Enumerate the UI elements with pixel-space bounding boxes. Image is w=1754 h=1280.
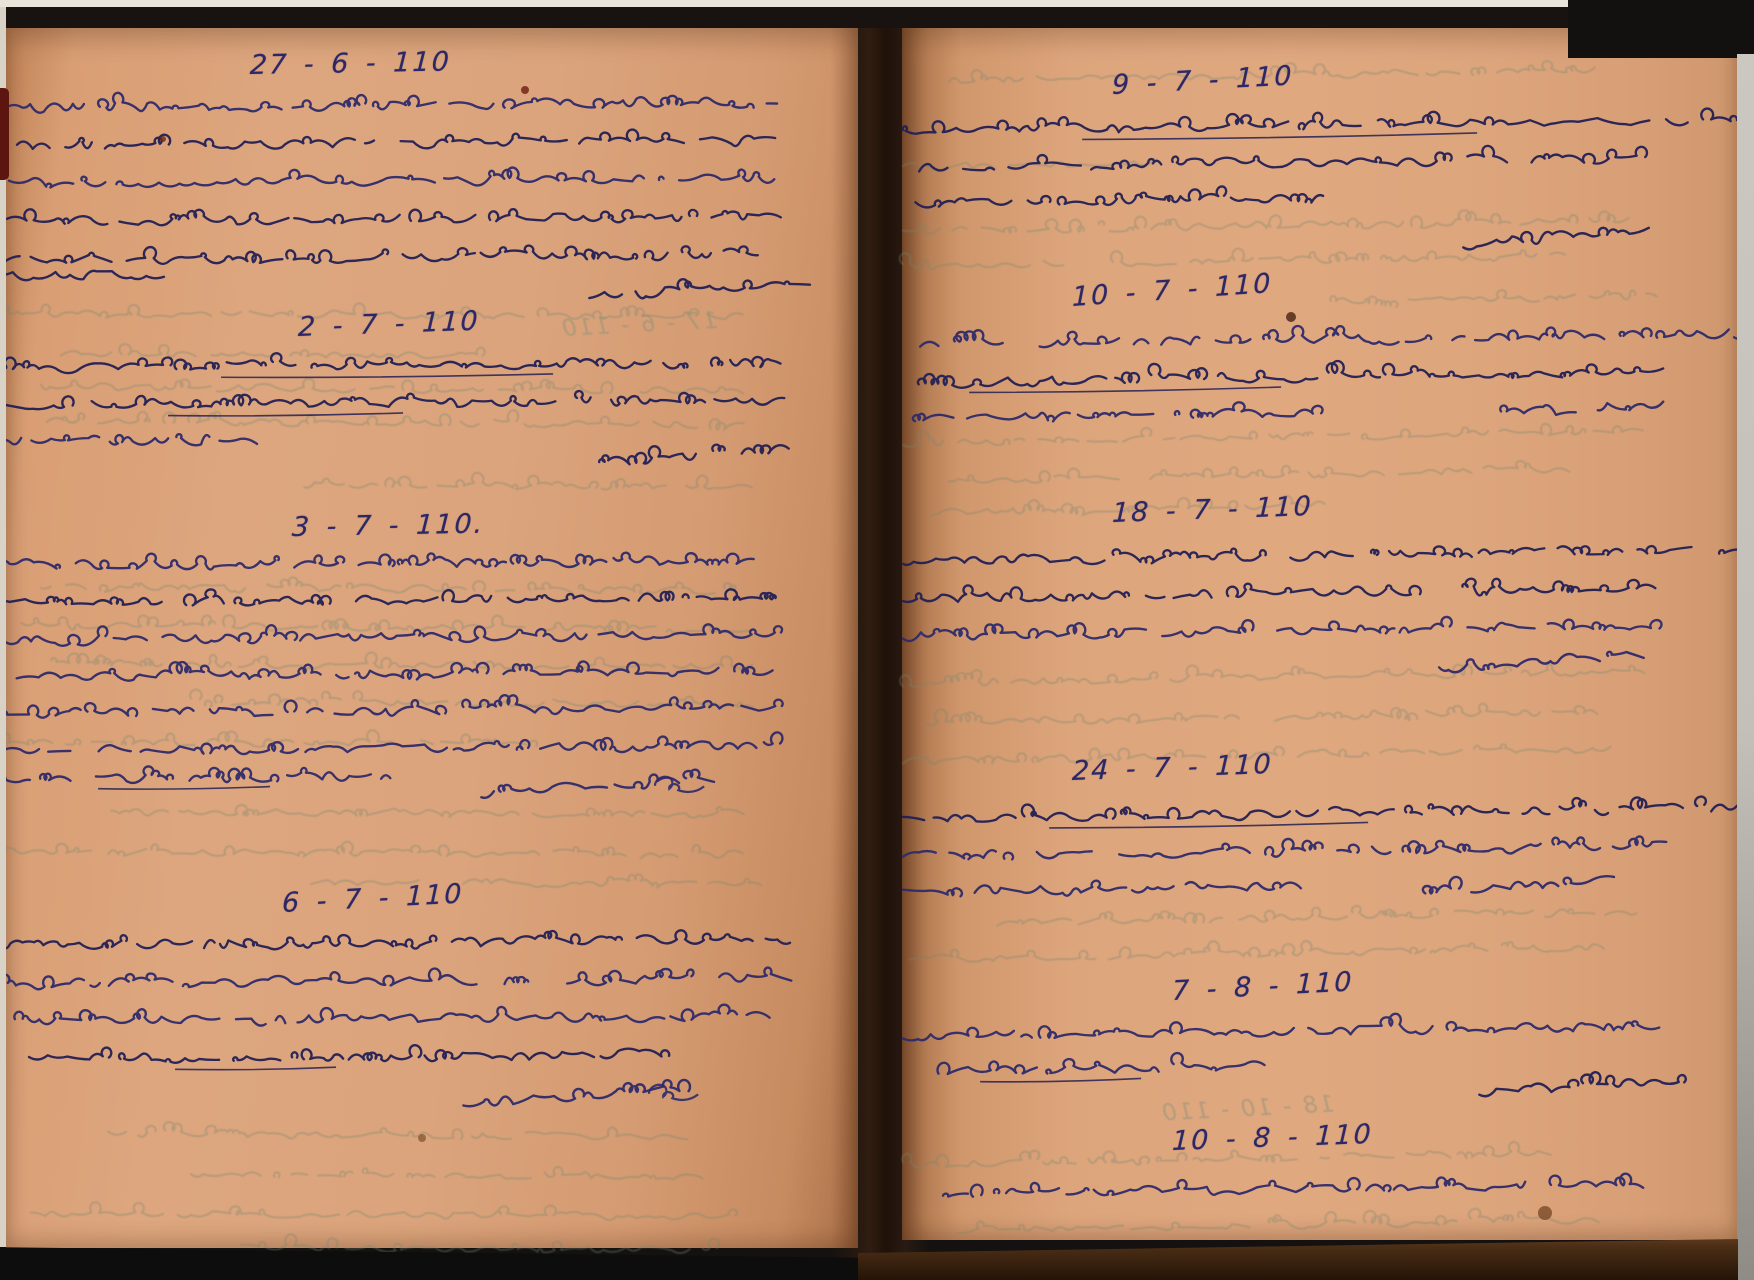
paper-blemish [1538,1206,1552,1220]
entry-date-heading: 2 - 7 - 110 [297,306,480,343]
ghost-bleedthrough-line [30,1196,754,1236]
handwritten-text-line [0,423,272,461]
handwritten-text-line [902,181,1336,223]
handwritten-text-line [902,1009,1678,1056]
handwritten-text-line [902,869,1308,911]
handwritten-text-line [0,999,786,1040]
handwritten-text-line [2,691,802,733]
handwritten-text-line [16,123,792,164]
handwritten-text-line [8,161,794,202]
ghost-bleedthrough-line [90,1116,704,1155]
ghost-bleedthrough-line [1330,279,1675,321]
scanner-edge-top [0,0,1590,7]
handwritten-text-line [0,654,792,696]
red-edge-mark [0,88,9,180]
handwritten-text-line [0,617,800,659]
handwritten-text-line [0,383,794,425]
scanner-edge-right [1737,54,1754,1280]
entry-date-heading: 27 - 6 - 110 [249,46,451,81]
head-master-signature [461,1069,717,1123]
ghost-bleedthrough-line [190,1157,724,1196]
paper-blemish [160,136,166,142]
book-edge-top [0,7,1754,28]
handwritten-text-line [0,543,802,585]
handwritten-text-line [0,923,802,965]
handwritten-text-line [0,257,179,294]
handwritten-text-line [28,1038,694,1079]
handwritten-text-line [0,580,794,622]
head-master-signature [1477,1060,1708,1112]
handwritten-text-line [0,961,794,1003]
scanner-edge-left [0,7,6,1247]
handwriting-layer: 17 - 6 - 11027 - 6 - 1102 - 7 - 1103 - 7… [0,0,1754,1280]
handwritten-text-line [928,1050,1277,1091]
book-corner-top-right [1568,0,1754,58]
book-scan: 17 - 6 - 11027 - 6 - 1102 - 7 - 1103 - 7… [0,0,1754,1280]
paper-blemish [521,86,529,94]
handwritten-text-line [902,395,1348,437]
paper-blemish [418,1134,426,1142]
paper-blemish [1286,312,1296,322]
handwritten-text-line [0,345,802,387]
entry-date-heading: 3 - 7 - 110. [291,509,485,543]
handwritten-text-line [0,759,406,798]
handwritten-text-line [6,199,795,241]
handwritten-text-line [8,85,797,127]
entry-date-heading: 24 - 7 - 110 [1071,749,1273,787]
